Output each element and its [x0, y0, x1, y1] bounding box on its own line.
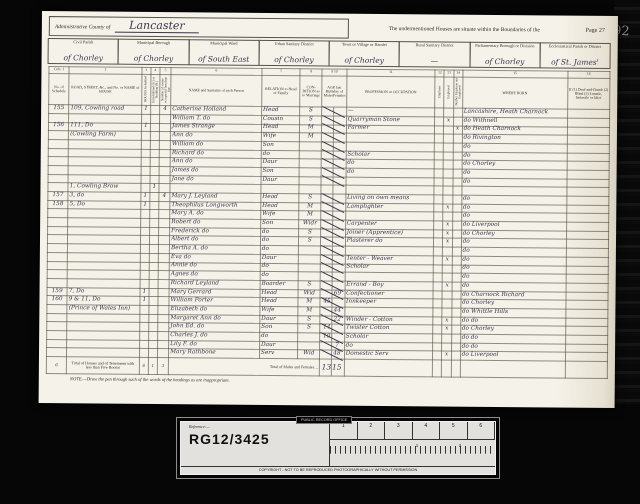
cell-age [321, 185, 345, 194]
cell-relation [261, 185, 299, 194]
cell-infirm [566, 205, 609, 214]
cell-rooms: 4 [160, 106, 171, 115]
cell-uninhabited [149, 236, 158, 245]
cell-employed [443, 265, 452, 274]
cell-inhabited [141, 132, 150, 141]
record-office-label: PUBLIC RECORD OFFICE [296, 416, 352, 424]
cell-schedule [48, 166, 68, 175]
totals-age: 1315 [320, 359, 344, 376]
cell-schedule [48, 157, 68, 166]
cell-employer [433, 351, 442, 360]
col-condition: CON-DITION as to Marriage [300, 76, 322, 107]
cell-condition: S [299, 237, 321, 246]
cell-uninhabited [149, 305, 158, 314]
cell-neither [451, 352, 460, 361]
cell-infirm [565, 344, 608, 353]
cell-uninhabited [149, 279, 158, 288]
cell-relation: do [260, 263, 298, 272]
cell-relation: Head [260, 298, 298, 307]
cell-inhabited [140, 271, 149, 280]
cell-rooms [158, 245, 169, 254]
cell-neither: x [453, 126, 462, 135]
cell-infirm [566, 222, 609, 231]
cell-employer [435, 108, 444, 117]
district-label: Parliamentary Borough or Division [470, 43, 539, 49]
scale-number: 6 [468, 422, 496, 439]
reference-number: RG12/3425 [189, 431, 321, 447]
cell-schedule [47, 305, 67, 314]
cell-condition: Wid [298, 350, 320, 359]
cell-employed [443, 247, 452, 256]
cell-neither [452, 273, 461, 282]
col-occupation: PROFESSION or OCCUPATION [346, 76, 435, 108]
col-inhabited: HOUSES In-habited [141, 74, 150, 105]
district-value: of Chorley [119, 54, 188, 64]
cell-schedule [47, 313, 67, 322]
cell-employed: x [443, 204, 452, 213]
cell-age [320, 281, 344, 290]
cell-inhabited [140, 227, 149, 236]
cell-employer [434, 212, 443, 221]
cell-relation: do [261, 150, 299, 159]
cell-inhabited [141, 140, 150, 149]
cell-employed: x [443, 256, 452, 265]
district-boxes: Civil Parish of Chorley Municipal Boroug… [49, 38, 611, 69]
cell-condition: S [298, 324, 320, 333]
cell-schedule: 160 [47, 296, 67, 305]
cell-neither [453, 169, 462, 178]
col-schedule: No. of Schedule [49, 74, 69, 105]
cell-relation: do [260, 272, 298, 281]
cell-uninhabited [149, 245, 158, 254]
cell-rooms [159, 184, 170, 193]
cell-employer [433, 343, 442, 352]
district-value: of Chorley [470, 57, 539, 67]
cell-uninhabited [150, 114, 159, 123]
cell-relation: Daur [259, 341, 297, 350]
district-label: Municipal Ward [189, 40, 258, 46]
county-label: Administrative County of [55, 24, 110, 30]
col-road: ROAD, STREET, &c., and No. or NAME of HO… [69, 74, 142, 106]
cell-condition: Wid [298, 289, 320, 298]
cell-neither [453, 108, 462, 117]
cell-age [322, 142, 346, 151]
cell-schedule [48, 139, 68, 148]
cell-infirm [566, 292, 609, 301]
cell-uninhabited [150, 106, 159, 115]
cell-rooms [159, 140, 170, 149]
cell-rooms [158, 314, 169, 323]
cell-neither [451, 299, 460, 308]
scale-number: 2 [358, 422, 386, 439]
cell-employed [442, 343, 451, 352]
cell-age [321, 177, 345, 186]
cell-employed [442, 308, 451, 317]
district-box: Civil Parish of Chorley [48, 38, 119, 65]
cell-uninhabited [149, 323, 158, 332]
reference-label: Reference:— [189, 424, 321, 429]
cell-schedule [48, 226, 68, 235]
district-label: Ecclesiastical Parish or District [540, 43, 609, 49]
cell-neither [451, 343, 460, 352]
cell-relation: Boarder [260, 280, 298, 289]
cell-relation: Head [260, 289, 298, 298]
cell-employed [442, 299, 451, 308]
col-rooms: Number of rooms occupied if less than fi… [160, 75, 171, 106]
cell-neither [452, 282, 461, 291]
col-neither: Neither Employer nor Employed [453, 77, 462, 108]
cell-relation: Wife [261, 211, 299, 220]
district-label: Rural Sanitary District [400, 42, 469, 48]
cell-employer [434, 186, 443, 195]
census-page: Administrative County of Lancaster The u… [39, 11, 618, 408]
cell-rooms [158, 236, 169, 245]
cell-relation: Head [261, 202, 299, 211]
cell-condition: M [299, 202, 321, 211]
cell-age: 22 [320, 316, 344, 325]
cell-rooms [158, 279, 169, 288]
cell-infirm [567, 109, 610, 118]
cell-employed: x [442, 351, 451, 360]
cell-neither [453, 152, 462, 161]
cell-employer [434, 169, 443, 178]
cell-uninhabited [150, 149, 159, 158]
district-box: Municipal Borough of Chorley [118, 39, 189, 66]
cell-inhabited [141, 114, 150, 123]
cell-infirm [566, 248, 609, 257]
cell-rooms [158, 323, 169, 332]
cell-infirm [566, 231, 609, 240]
cell-uninhabited [150, 175, 159, 184]
cell-age [322, 124, 346, 133]
district-box: Town or Village or Hamlet of Chorley [329, 41, 400, 68]
cell-infirm [566, 283, 609, 292]
cell-relation: Son [260, 220, 298, 229]
cell-neither [452, 247, 461, 256]
cell-age [321, 237, 345, 246]
cell-relation: Head [261, 107, 299, 116]
cell-inhabited [140, 236, 149, 245]
cell-neither [452, 291, 461, 300]
cell-employer [434, 221, 443, 230]
cell-inhabited [140, 323, 149, 332]
cell-infirm [567, 153, 610, 162]
cell-schedule [47, 322, 67, 331]
cell-infirm [566, 179, 609, 188]
reference-plate: Reference:— RG12/3425 123456 1 2 COPYRIG… [180, 421, 496, 475]
county-box: Administrative County of Lancaster [49, 16, 349, 39]
measuring-scale: 123456 1 2 [329, 422, 495, 466]
cell-infirm [566, 214, 609, 223]
cell-inhabited [139, 349, 148, 358]
cell-employed [443, 273, 452, 282]
col-infirm: If (1) Deaf-and-Dumb (2) Blind (3) Lunat… [567, 78, 610, 110]
cell-relation: Son [260, 324, 298, 333]
cell-neither [451, 334, 460, 343]
cell-employer [435, 152, 444, 161]
cell-employer [434, 273, 443, 282]
inch-scale: 1 2 [330, 440, 495, 454]
cell-inhabited [140, 218, 149, 227]
cell-employer [435, 117, 444, 126]
cell-schedule: 158 [48, 200, 68, 209]
cell-employer [434, 230, 443, 239]
cell-condition: S [299, 229, 321, 238]
cell-age [321, 246, 345, 255]
totals-houses-label: Total of Houses and of Tenements with le… [67, 357, 140, 375]
cell-uninhabited [150, 166, 159, 175]
scale-number: 4 [413, 422, 441, 439]
cell-age [321, 211, 345, 220]
cell-condition [299, 142, 321, 151]
cell-condition [298, 263, 320, 272]
cell-uninhabited [149, 288, 158, 297]
cell-rooms [158, 253, 169, 262]
totals-inhabited: 6 [139, 357, 148, 374]
cell-rooms [159, 114, 170, 123]
cell-inhabited [140, 305, 149, 314]
cell-uninhabited [150, 210, 159, 219]
district-value: — [400, 57, 469, 67]
cell-infirm [566, 257, 609, 266]
district-label: Municipal Borough [119, 40, 188, 46]
cell-condition: M [300, 124, 322, 133]
cell-employer [434, 178, 443, 187]
totals-margin: 6 [46, 357, 66, 374]
district-box: Parliamentary Borough or Division of Cho… [469, 42, 540, 69]
cell-condition [299, 246, 321, 255]
cell-neither [452, 221, 461, 230]
cell-employed [444, 160, 453, 169]
cell-inhabited: 1 [141, 106, 150, 115]
cell-inhabited [140, 262, 149, 271]
cell-uninhabited [150, 201, 159, 210]
district-box: Urban Sanitary District of Chorley [258, 40, 329, 67]
cell-employer [435, 134, 444, 143]
scale-number: 3 [385, 422, 413, 439]
cell-schedule [48, 148, 68, 157]
cell-employed: x [444, 117, 453, 126]
cell-employed [443, 169, 452, 178]
cell-inhabited [141, 210, 150, 219]
district-value: of Chorley [330, 56, 399, 66]
cell-uninhabited [149, 297, 158, 306]
cell-schedule [48, 183, 68, 192]
col-born: WHERE BORN [462, 77, 567, 109]
situate-text: The undermentioned Houses are situate wi… [349, 26, 580, 34]
cell-relation: Wife [260, 306, 298, 315]
cell-rooms [159, 149, 170, 158]
cell-inhabited [141, 184, 150, 193]
totals-uninhabited: 1 [148, 358, 157, 375]
cell-condition: S [299, 194, 321, 203]
cell-relation: Daur [260, 315, 298, 324]
cell-condition [299, 168, 321, 177]
page-header: Administrative County of Lancaster The u… [49, 16, 611, 41]
cell-employed [443, 178, 452, 187]
cell-schedule: 155 [49, 105, 69, 114]
col-name: NAME and Surname of each Person [171, 75, 262, 107]
cell-uninhabited [148, 349, 157, 358]
cell-neither [453, 160, 462, 169]
cell-uninhabited [150, 140, 159, 149]
cell-inhabited [140, 245, 149, 254]
district-label: Civil Parish [49, 39, 118, 45]
column-headers-row: No. of Schedule ROAD, STREET, &c., and N… [49, 74, 610, 110]
cell-inhabited [141, 166, 150, 175]
cell-employer [434, 264, 443, 273]
cell-age [322, 107, 346, 116]
district-label: Town or Village or Hamlet [330, 42, 399, 48]
cell-rooms [159, 167, 170, 176]
cell-employed: x [442, 325, 451, 334]
cell-rooms [159, 158, 170, 167]
cell-employed [444, 152, 453, 161]
cell-inhabited: 1 [140, 288, 149, 297]
cell-neither [453, 143, 462, 152]
cell-uninhabited [149, 331, 158, 340]
cell-relation: Head [261, 193, 299, 202]
cell-condition: S [298, 281, 320, 290]
cell-rooms [159, 210, 170, 219]
scan-artifact-band [614, 0, 640, 404]
cell-rooms [158, 271, 169, 280]
cell-employer [435, 143, 444, 152]
cell-condition [299, 176, 321, 185]
cell-rooms [158, 340, 169, 349]
cell-employed [442, 291, 451, 300]
district-value: of St. James' [540, 58, 609, 68]
cell-schedule: 159 [47, 287, 67, 296]
cell-infirm [567, 144, 610, 153]
cell-relation: Daur [260, 254, 298, 263]
cell-infirm [567, 161, 610, 170]
cell-uninhabited [150, 158, 159, 167]
copyright-notice: COPYRIGHT - NOT TO BE REPRODUCED PHOTOGR… [181, 466, 495, 474]
cell-inhabited [140, 279, 149, 288]
cell-uninhabited [149, 253, 158, 262]
cell-schedule [47, 252, 67, 261]
col-age: AGE last Birthday of MalesFemales [322, 76, 346, 107]
district-value: of Chorley [49, 54, 118, 64]
cell-employed: x [442, 317, 451, 326]
cell-uninhabited [150, 219, 159, 228]
cell-inhabited [139, 340, 148, 349]
cell-uninhabited [148, 340, 157, 349]
cell-schedule [47, 235, 67, 244]
cell-age [322, 133, 346, 142]
cell-condition: M [299, 211, 321, 220]
cell-age [321, 263, 345, 272]
cell-schedule: 156 [48, 122, 68, 131]
cell-rooms [158, 332, 169, 341]
cell-neither [453, 134, 462, 143]
cell-schedule [48, 218, 68, 227]
cell-condition [299, 159, 321, 168]
cell-employer [434, 160, 443, 169]
cell-inhabited: 1 [141, 201, 150, 210]
cell-relation: do [260, 228, 298, 237]
cell-relation: do [259, 332, 297, 341]
cell-age [322, 151, 346, 160]
cell-infirm [565, 326, 608, 335]
col-num: 13 [444, 70, 453, 77]
cell-condition: Widr [299, 220, 321, 229]
cell-employed [443, 212, 452, 221]
cell-inhabited: 1 [140, 297, 149, 306]
cell-age [321, 255, 345, 264]
cell-infirm [565, 318, 608, 327]
cell-rooms [159, 227, 170, 236]
district-value: of South East [189, 55, 258, 65]
cell-employed [443, 195, 452, 204]
cell-employer [434, 256, 443, 265]
cell-condition: M [300, 133, 322, 142]
cell-neither [451, 308, 460, 317]
cell-condition [298, 333, 320, 342]
cell-relation: Wife [261, 133, 299, 142]
cell-employer [433, 308, 442, 317]
cell-rooms [159, 123, 170, 132]
cell-inhabited [139, 331, 148, 340]
cell-infirm [565, 309, 608, 318]
cell-age: 7 [320, 342, 344, 351]
cell-schedule [48, 131, 68, 140]
cell-infirm [566, 196, 609, 205]
cell-schedule [48, 174, 68, 183]
cell-infirm [567, 170, 610, 179]
cell-relation: Daur [261, 159, 299, 168]
cell-schedule [47, 244, 67, 253]
col-num: 3 [142, 67, 151, 74]
cell-inhabited [140, 253, 149, 262]
cell-employer [434, 195, 443, 204]
county-value: Lancaster [115, 19, 199, 34]
district-value: of Chorley [259, 55, 328, 65]
cell-infirm [566, 240, 609, 249]
cell-infirm [566, 274, 609, 283]
cell-rooms [158, 297, 169, 306]
cell-neither [452, 186, 461, 195]
cell-inhabited: 1 [141, 123, 150, 132]
totals-rooms: 3 [157, 358, 168, 375]
cell-condition: S [300, 116, 322, 125]
cell-infirm [566, 187, 609, 196]
cell-condition: S [298, 315, 320, 324]
cell-schedule [47, 339, 67, 348]
cell-rooms [159, 132, 170, 141]
cell-uninhabited [150, 123, 159, 132]
col-relation: RELATION to Head of Family [262, 75, 301, 107]
cell-condition [299, 185, 321, 194]
cell-employer [433, 299, 442, 308]
cell-relation: Son [261, 167, 299, 176]
district-label: Urban Sanitary District [259, 41, 328, 47]
cell-employer [433, 317, 442, 326]
cell-condition: M [298, 307, 320, 316]
census-table: Cols. 1 2 3 4 5 6 7 8 9 10 11 12 13 14 1… [46, 66, 611, 379]
cell-employer [434, 204, 443, 213]
district-box: Rural Sanitary District — [399, 41, 470, 68]
cell-employer [434, 238, 443, 247]
cell-employer [435, 125, 444, 134]
cell-relation: Cousin [261, 115, 299, 124]
cell-employer [434, 247, 443, 256]
cell-employed: x [443, 221, 452, 230]
cell-rooms [159, 201, 170, 210]
cell-employed [444, 134, 453, 143]
cell-employed: x [443, 238, 452, 247]
